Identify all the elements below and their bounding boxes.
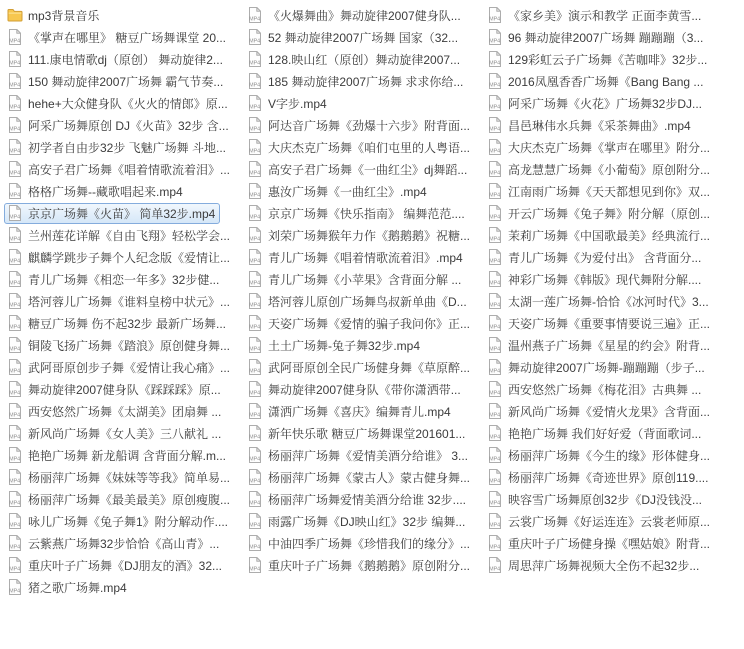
svg-text:MP4: MP4 <box>9 347 20 353</box>
item-content: MP4西安悠然广场舞《太湖美》团扇舞 ... <box>4 401 226 422</box>
mp4-file-icon: MP4 <box>487 249 503 265</box>
svg-text:MP4: MP4 <box>249 61 260 67</box>
item-content: MP4青儿广场舞《相恋一年多》32步健... <box>4 269 224 290</box>
mp4-file-icon: MP4 <box>487 205 503 221</box>
file-name: 西安悠然广场舞《太湖美》团扇舞 ... <box>28 403 221 420</box>
file-item[interactable]: MP4舞动旋律2007健身队《踩踩踩》原... <box>4 378 244 400</box>
svg-text:MP4: MP4 <box>249 347 260 353</box>
mp4-file-icon: MP4 <box>247 381 263 397</box>
svg-text:MP4: MP4 <box>249 39 260 45</box>
file-name: 杨丽萍广场舞《奇迹世界》原创119.... <box>508 469 708 486</box>
file-name: 雨露广场舞《DJ映山红》32步 编舞... <box>268 513 465 530</box>
svg-text:MP4: MP4 <box>9 171 20 177</box>
mp4-file-icon: MP4 <box>7 205 23 221</box>
file-item[interactable]: MP4阿采广场舞《火花》广场舞32步DJ... <box>484 92 724 114</box>
item-content: MP4雨露广场舞《DJ映山红》32步 编舞... <box>244 511 470 532</box>
file-name: 111.康电情歌dj（原创） 舞动旋律2... <box>28 51 223 68</box>
file-name: 杨丽萍广场舞《妹妹等等我》简单易... <box>28 469 230 486</box>
file-name: 阿达音广场舞《劲爆十六步》附背面... <box>268 117 470 134</box>
mp4-file-icon: MP4 <box>487 469 503 485</box>
item-content: MP4周思萍广场舞视频大全伤不起32步... <box>484 555 704 576</box>
item-content: MP4重庆叶子广场健身操《嘿姑娘》附背... <box>484 533 715 554</box>
mp4-file-icon: MP4 <box>7 183 23 199</box>
mp4-file-icon: MP4 <box>7 73 23 89</box>
file-item[interactable]: MP4新年快乐歌 糖豆广场舞课堂201601... <box>244 422 484 444</box>
mp4-file-icon: MP4 <box>7 359 23 375</box>
item-content: MP4青儿广场舞《唱着情歌流着泪》.mp4 <box>244 247 468 268</box>
file-item[interactable]: MP4阿达音广场舞《劲爆十六步》附背面... <box>244 114 484 136</box>
file-item[interactable]: MP4西安悠然广场舞《太湖美》团扇舞 ... <box>4 400 244 422</box>
file-name: 重庆叶子广场舞《DJ朋友的酒》32... <box>28 557 222 574</box>
svg-text:MP4: MP4 <box>489 325 500 331</box>
file-item[interactable]: MP4艳艳广场舞 我们好好爱（背面歌词... <box>484 422 724 444</box>
file-item[interactable]: MP42016凤凰香香广场舞《Bang Bang ... <box>484 70 724 92</box>
file-name: 52 舞动旋律2007广场舞 国家（32... <box>268 29 458 46</box>
file-name: 128.映山红（原创）舞动旋律2007... <box>268 51 460 68</box>
folder-item[interactable]: mp3背景音乐 <box>4 4 244 26</box>
file-item[interactable]: MP4武阿哥原创全民广场健身舞《草原醉... <box>244 356 484 378</box>
file-name: hehe+大众健身队《火火的情郎》原... <box>28 95 228 112</box>
svg-text:MP4: MP4 <box>489 105 500 111</box>
file-item[interactable]: MP4云紫燕广场舞32步恰恰《高山青》... <box>4 532 244 554</box>
file-item[interactable]: MP4新风尚广场舞《爱情火龙果》含背面... <box>484 400 724 422</box>
file-item[interactable]: MP4太湖一莲广场舞-恰恰《冰河时代》3... <box>484 290 724 312</box>
mp4-file-icon: MP4 <box>7 535 23 551</box>
svg-text:MP4: MP4 <box>9 105 20 111</box>
item-content: MP496 舞动旋律2007广场舞 蹦蹦蹦（3... <box>484 27 708 48</box>
file-item[interactable]: MP4杨丽萍广场舞《最美最美》原创瘦腹... <box>4 488 244 510</box>
file-item[interactable]: MP4天姿广场舞《重要事情要说三遍》正... <box>484 312 724 334</box>
item-content: MP4云裳广场舞《好运连连》云裳老师原... <box>484 511 715 532</box>
svg-text:MP4: MP4 <box>9 369 20 375</box>
file-item[interactable]: MP4铜陵飞扬广场舞《踏浪》原创健身舞... <box>4 334 244 356</box>
item-content: MP4高安子君广场舞《一曲红尘》dj舞蹈... <box>244 159 472 180</box>
file-item[interactable]: MP4塔河蓉儿广场舞《谁料皇榜中状元》... <box>4 290 244 312</box>
mp4-file-icon: MP4 <box>487 139 503 155</box>
item-content: MP4塔河蓉儿原创广场舞鸟叔新单曲《D... <box>244 291 472 312</box>
mp4-file-icon: MP4 <box>247 227 263 243</box>
file-item[interactable]: MP4初学者自由步32步 飞魅广场舞 斗地... <box>4 136 244 158</box>
file-name: 茉莉广场舞《中国歌最美》经典流行... <box>508 227 710 244</box>
mp4-file-icon: MP4 <box>247 491 263 507</box>
item-content: MP4西安悠然广场舞《梅花泪》古典舞 ... <box>484 379 706 400</box>
file-item[interactable]: MP452 舞动旋律2007广场舞 国家（32... <box>244 26 484 48</box>
item-content: MP4江南雨广场舞《天天都想见到你》双... <box>484 181 715 202</box>
mp4-file-icon: MP4 <box>247 315 263 331</box>
mp4-file-icon: MP4 <box>487 227 503 243</box>
item-content: MP4阿采广场舞《火花》广场舞32步DJ... <box>484 93 707 114</box>
svg-text:MP4: MP4 <box>489 171 500 177</box>
file-item[interactable]: MP4天姿广场舞《爱情的骗子我问你》正... <box>244 312 484 334</box>
svg-text:MP4: MP4 <box>489 149 500 155</box>
mp4-file-icon: MP4 <box>247 7 263 23</box>
file-name: 杨丽萍广场舞《今生的缘》形体健身... <box>508 447 710 464</box>
mp4-file-icon: MP4 <box>247 535 263 551</box>
mp4-file-icon: MP4 <box>247 403 263 419</box>
svg-text:MP4: MP4 <box>249 523 260 529</box>
file-name: 杨丽萍广场舞《蒙古人》蒙古健身舞... <box>268 469 470 486</box>
file-item[interactable]: MP4云裳广场舞《好运连连》云裳老师原... <box>484 510 724 532</box>
file-item[interactable]: MP4高安子君广场舞《一曲红尘》dj舞蹈... <box>244 158 484 180</box>
mp4-file-icon: MP4 <box>487 95 503 111</box>
file-item[interactable]: MP4塔河蓉儿原创广场舞鸟叔新单曲《D... <box>244 290 484 312</box>
mp4-file-icon: MP4 <box>487 7 503 23</box>
svg-text:MP4: MP4 <box>9 259 20 265</box>
file-item[interactable]: MP4阿采广场舞原创 DJ《火苗》32步 含... <box>4 114 244 136</box>
file-name: 艳艳广场舞 新龙船调 含背面分解.m... <box>28 447 226 464</box>
svg-text:MP4: MP4 <box>249 171 260 177</box>
file-item[interactable]: MP4大庆杰克广场舞《咱们屯里的人粤语... <box>244 136 484 158</box>
mp4-file-icon: MP4 <box>7 381 23 397</box>
item-content: MP4惠汝广场舞《一曲红尘》.mp4 <box>244 181 432 202</box>
file-item[interactable]: MP4重庆叶子广场健身操《嘿姑娘》附背... <box>484 532 724 554</box>
svg-text:MP4: MP4 <box>489 39 500 45</box>
file-item[interactable]: MP4江南雨广场舞《天天都想见到你》双... <box>484 180 724 202</box>
file-item[interactable]: MP4神彩广场舞《韩版》现代舞附分解.... <box>484 268 724 290</box>
file-name: 舞动旋律2007广场舞-蹦蹦蹦（步子... <box>508 359 705 376</box>
svg-text:MP4: MP4 <box>9 127 20 133</box>
file-name: 阿采广场舞原创 DJ《火苗》32步 含... <box>28 117 229 134</box>
file-item[interactable]: MP4映容雪广场舞原创32步《DJ没钱没... <box>484 488 724 510</box>
file-name: 兰州莲花详解《自由飞翔》轻松学会... <box>28 227 230 244</box>
svg-text:MP4: MP4 <box>489 347 500 353</box>
folder-icon <box>7 7 23 23</box>
file-item[interactable]: MP4麒麟学跳步子舞个人纪念版《爱情让... <box>4 246 244 268</box>
file-name: 神彩广场舞《韩版》现代舞附分解.... <box>508 271 701 288</box>
file-item[interactable]: MP4雨露广场舞《DJ映山红》32步 编舞... <box>244 510 484 532</box>
item-content: MP4天姿广场舞《爱情的骗子我问你》正... <box>244 313 475 334</box>
mp4-file-icon: MP4 <box>247 557 263 573</box>
item-content: MP4格格广场舞--藏歌唱起来.mp4 <box>4 181 188 202</box>
item-content: MP4高安子君广场舞《唱着情歌流着泪》... <box>4 159 235 180</box>
file-item[interactable]: MP4格格广场舞--藏歌唱起来.mp4 <box>4 180 244 202</box>
mp4-file-icon: MP4 <box>7 557 23 573</box>
mp4-file-icon: MP4 <box>7 51 23 67</box>
item-content: MP4阿达音广场舞《劲爆十六步》附背面... <box>244 115 475 136</box>
file-item[interactable]: MP4青儿广场舞《唱着情歌流着泪》.mp4 <box>244 246 484 268</box>
file-name: 舞动旋律2007健身队《带你潇洒带... <box>268 381 461 398</box>
mp4-file-icon: MP4 <box>7 161 23 177</box>
file-item[interactable]: MP4青儿广场舞《相恋一年多》32步健... <box>4 268 244 290</box>
file-item[interactable]: MP4刘荣广场舞猴年力作《鹅鹅鹅》祝糖... <box>244 224 484 246</box>
item-content: MP4开云广场舞《兔子舞》附分解（原创... <box>484 203 715 224</box>
file-name: 杨丽萍广场舞《最美最美》原创瘦腹... <box>28 491 230 508</box>
svg-text:MP4: MP4 <box>489 523 500 529</box>
file-item[interactable]: MP4高龙慧慧广场舞《小葡萄》原创附分... <box>484 158 724 180</box>
file-item[interactable]: MP4杨丽萍广场舞《爱情美酒分给谁》 3... <box>244 444 484 466</box>
item-content: MP4刘荣广场舞猴年力作《鹅鹅鹅》祝糖... <box>244 225 475 246</box>
file-item[interactable]: MP4杨丽萍广场舞《蒙古人》蒙古健身舞... <box>244 466 484 488</box>
svg-text:MP4: MP4 <box>9 215 20 221</box>
file-name: 《火爆舞曲》舞动旋律2007健身队... <box>268 7 461 24</box>
svg-text:MP4: MP4 <box>249 127 260 133</box>
item-content: MP4杨丽萍广场舞《蒙古人》蒙古健身舞... <box>244 467 475 488</box>
file-item[interactable]: MP4重庆叶子广场舞《鹅鹅鹅》原创附分... <box>244 554 484 576</box>
file-name: 新年快乐歌 糖豆广场舞课堂201601... <box>268 425 465 442</box>
file-item[interactable]: MP4咏儿广场舞《兔子舞1》附分解动作.... <box>4 510 244 532</box>
file-item[interactable]: MP4杨丽萍广场舞爱情美酒分给谁 32步.... <box>244 488 484 510</box>
file-name: 西安悠然广场舞《梅花泪》古典舞 ... <box>508 381 701 398</box>
file-name: 云紫燕广场舞32步恰恰《高山青》... <box>28 535 219 552</box>
item-content: MP4武阿哥原创步子舞《爱情让我心痛》... <box>4 357 235 378</box>
file-name: 周思萍广场舞视频大全伤不起32步... <box>508 557 699 574</box>
mp4-file-icon: MP4 <box>7 293 23 309</box>
item-content: MP4新风尚广场舞《女人美》三八献礼 ... <box>4 423 226 444</box>
file-name: 太湖一莲广场舞-恰恰《冰河时代》3... <box>508 293 709 310</box>
item-content: MP4V字步.mp4 <box>244 93 332 114</box>
mp4-file-icon: MP4 <box>487 29 503 45</box>
svg-text:MP4: MP4 <box>489 545 500 551</box>
svg-text:MP4: MP4 <box>489 567 500 573</box>
file-item[interactable]: MP4猪之歌广场舞.mp4 <box>4 576 244 598</box>
item-content: MP4111.康电情歌dj（原创） 舞动旋律2... <box>4 49 228 70</box>
item-content: MP452 舞动旋律2007广场舞 国家（32... <box>244 27 463 48</box>
item-content: MP4重庆叶子广场舞《鹅鹅鹅》原创附分... <box>244 555 475 576</box>
file-item[interactable]: MP4舞动旋律2007健身队《带你潇洒带... <box>244 378 484 400</box>
item-content: MP4太湖一莲广场舞-恰恰《冰河时代》3... <box>484 291 714 312</box>
svg-text:MP4: MP4 <box>249 83 260 89</box>
file-column-2: MP4《火爆舞曲》舞动旋律2007健身队...MP452 舞动旋律2007广场舞… <box>244 4 484 576</box>
file-name: 土土广场舞-兔子舞32步.mp4 <box>268 337 420 354</box>
item-content: MP4大庆杰克广场舞《咱们屯里的人粤语... <box>244 137 475 158</box>
file-name: 新风尚广场舞《爱情火龙果》含背面... <box>508 403 710 420</box>
svg-text:MP4: MP4 <box>489 83 500 89</box>
item-content: MP4映容雪广场舞原创32步《DJ没钱没... <box>484 489 707 510</box>
file-name: 重庆叶子广场健身操《嘿姑娘》附背... <box>508 535 710 552</box>
selection-highlight: MP4京京广场舞《火苗》 简单32步.mp4 <box>4 203 220 224</box>
file-item[interactable]: MP4糖豆广场舞 伤不起32步 最新广场舞... <box>4 312 244 334</box>
mp4-file-icon: MP4 <box>487 51 503 67</box>
item-content: MP4铜陵飞扬广场舞《踏浪》原创健身舞... <box>4 335 235 356</box>
file-name: 云裳广场舞《好运连连》云裳老师原... <box>508 513 710 530</box>
svg-text:MP4: MP4 <box>489 457 500 463</box>
file-item[interactable]: MP4舞动旋律2007广场舞-蹦蹦蹦（步子... <box>484 356 724 378</box>
item-content: MP4神彩广场舞《韩版》现代舞附分解.... <box>484 269 706 290</box>
svg-text:MP4: MP4 <box>9 545 20 551</box>
file-name: 潇洒广场舞《喜庆》编舞青儿.mp4 <box>268 403 451 420</box>
item-content: MP4高龙慧慧广场舞《小葡萄》原创附分... <box>484 159 715 180</box>
mp4-file-icon: MP4 <box>247 447 263 463</box>
file-item[interactable]: MP4武阿哥原创步子舞《爱情让我心痛》... <box>4 356 244 378</box>
mp4-file-icon: MP4 <box>487 425 503 441</box>
file-item[interactable]: MP4青儿广场舞《为爱付出》 含背面分... <box>484 246 724 268</box>
file-name: 青儿广场舞《为爱付出》 含背面分... <box>508 249 701 266</box>
file-name: 塔河蓉儿广场舞《谁料皇榜中状元》... <box>28 293 230 310</box>
mp4-file-icon: MP4 <box>247 51 263 67</box>
file-name: 天姿广场舞《爱情的骗子我问你》正... <box>268 315 470 332</box>
file-name: 惠汝广场舞《一曲红尘》.mp4 <box>268 183 427 200</box>
mp4-file-icon: MP4 <box>7 29 23 45</box>
svg-text:MP4: MP4 <box>9 281 20 287</box>
mp4-file-icon: MP4 <box>247 205 263 221</box>
svg-text:MP4: MP4 <box>489 61 500 67</box>
file-item[interactable]: MP4高安子君广场舞《唱着情歌流着泪》... <box>4 158 244 180</box>
mp4-file-icon: MP4 <box>7 315 23 331</box>
item-content: MP4温州燕子广场舞《星星的约会》附背... <box>484 335 715 356</box>
file-item[interactable]: MP4新风尚广场舞《女人美》三八献礼 ... <box>4 422 244 444</box>
mp4-file-icon: MP4 <box>487 293 503 309</box>
svg-text:MP4: MP4 <box>489 479 500 485</box>
svg-text:MP4: MP4 <box>249 17 260 23</box>
file-name: 开云广场舞《兔子舞》附分解（原创... <box>508 205 710 222</box>
file-item[interactable]: MP4中油四季广场舞《珍惜我们的缘分》... <box>244 532 484 554</box>
file-item[interactable]: MP4杨丽萍广场舞《今生的缘》形体健身... <box>484 444 724 466</box>
file-item[interactable]: MP4京京广场舞《快乐指南》 编舞范范.... <box>244 202 484 224</box>
file-item[interactable]: MP4129彩虹云子广场舞《苦咖啡》32步... <box>484 48 724 70</box>
mp4-file-icon: MP4 <box>7 403 23 419</box>
file-item[interactable]: MP4兰州莲花详解《自由飞翔》轻松学会... <box>4 224 244 246</box>
item-content: MP4杨丽萍广场舞《妹妹等等我》简单易... <box>4 467 235 488</box>
file-item[interactable]: MP496 舞动旋律2007广场舞 蹦蹦蹦（3... <box>484 26 724 48</box>
svg-text:MP4: MP4 <box>489 17 500 23</box>
svg-text:MP4: MP4 <box>489 369 500 375</box>
file-item[interactable]: MP4艳艳广场舞 新龙船调 含背面分解.m... <box>4 444 244 466</box>
mp4-file-icon: MP4 <box>247 73 263 89</box>
file-name: 刘荣广场舞猴年力作《鹅鹅鹅》祝糖... <box>268 227 470 244</box>
mp4-file-icon: MP4 <box>487 183 503 199</box>
item-content: MP4初学者自由步32步 飞魅广场舞 斗地... <box>4 137 231 158</box>
file-name: 青儿广场舞《唱着情歌流着泪》.mp4 <box>268 249 463 266</box>
mp4-file-icon: MP4 <box>487 315 503 331</box>
svg-text:MP4: MP4 <box>249 281 260 287</box>
item-content: MP42016凤凰香香广场舞《Bang Bang ... <box>484 71 708 92</box>
file-item[interactable]: MP4西安悠然广场舞《梅花泪》古典舞 ... <box>484 378 724 400</box>
file-name: 武阿哥原创步子舞《爱情让我心痛》... <box>28 359 230 376</box>
file-name: 青儿广场舞《相恋一年多》32步健... <box>28 271 219 288</box>
item-content: MP4青儿广场舞《为爱付出》 含背面分... <box>484 247 706 268</box>
svg-text:MP4: MP4 <box>249 567 260 573</box>
svg-text:MP4: MP4 <box>249 237 260 243</box>
file-name: 格格广场舞--藏歌唱起来.mp4 <box>28 183 183 200</box>
file-name: 阿采广场舞《火花》广场舞32步DJ... <box>508 95 702 112</box>
file-name: 映容雪广场舞原创32步《DJ没钱没... <box>508 491 702 508</box>
svg-text:MP4: MP4 <box>9 567 20 573</box>
mp4-file-icon: MP4 <box>7 227 23 243</box>
file-item[interactable]: MP4昌邑琳伟水兵舞《采茶舞曲》.mp4 <box>484 114 724 136</box>
file-item[interactable]: MP4杨丽萍广场舞《妹妹等等我》简单易... <box>4 466 244 488</box>
file-item[interactable]: MP4150 舞动旋律2007广场舞 霸气节奏... <box>4 70 244 92</box>
file-item[interactable]: MP4《火爆舞曲》舞动旋律2007健身队... <box>244 4 484 26</box>
file-name: 杨丽萍广场舞爱情美酒分给谁 32步.... <box>268 491 466 508</box>
file-item[interactable]: MP4重庆叶子广场舞《DJ朋友的酒》32... <box>4 554 244 576</box>
item-content: MP4《火爆舞曲》舞动旋律2007健身队... <box>244 5 466 26</box>
file-item[interactable]: MP4京京广场舞《火苗》 简单32步.mp4 <box>4 202 244 224</box>
mp4-file-icon: MP4 <box>7 447 23 463</box>
file-name: 昌邑琳伟水兵舞《采茶舞曲》.mp4 <box>508 117 691 134</box>
mp4-file-icon: MP4 <box>7 139 23 155</box>
file-name: 麒麟学跳步子舞个人纪念版《爱情让... <box>28 249 230 266</box>
file-name: 艳艳广场舞 我们好好爱（背面歌词... <box>508 425 701 442</box>
file-item[interactable]: MP4茉莉广场舞《中国歌最美》经典流行... <box>484 224 724 246</box>
svg-text:MP4: MP4 <box>249 325 260 331</box>
file-item[interactable]: MP4《掌声在哪里》 糖豆广场舞课堂 20... <box>4 26 244 48</box>
item-content: MP4新风尚广场舞《爱情火龙果》含背面... <box>484 401 715 422</box>
file-item[interactable]: MP4111.康电情歌dj（原创） 舞动旋律2... <box>4 48 244 70</box>
file-item[interactable]: MP4惠汝广场舞《一曲红尘》.mp4 <box>244 180 484 202</box>
item-content: MP4重庆叶子广场舞《DJ朋友的酒》32... <box>4 555 227 576</box>
svg-text:MP4: MP4 <box>9 457 20 463</box>
item-content: MP4大庆杰克广场舞《掌声在哪里》附分... <box>484 137 715 158</box>
file-item[interactable]: MP4《家乡美》演示和教学 正面李黄雪... <box>484 4 724 26</box>
file-name: 京京广场舞《快乐指南》 编舞范范.... <box>268 205 465 222</box>
svg-text:MP4: MP4 <box>9 435 20 441</box>
file-item[interactable]: MP4土土广场舞-兔子舞32步.mp4 <box>244 334 484 356</box>
file-item[interactable]: MP4hehe+大众健身队《火火的情郎》原... <box>4 92 244 114</box>
file-name: 《掌声在哪里》 糖豆广场舞课堂 20... <box>28 29 226 46</box>
mp4-file-icon: MP4 <box>487 73 503 89</box>
file-name: 高安子君广场舞《一曲红尘》dj舞蹈... <box>268 161 467 178</box>
mp4-file-icon: MP4 <box>487 447 503 463</box>
svg-text:MP4: MP4 <box>249 369 260 375</box>
file-column-3: MP4《家乡美》演示和教学 正面李黄雪...MP496 舞动旋律2007广场舞 … <box>484 4 724 576</box>
file-item[interactable]: MP4潇洒广场舞《喜庆》编舞青儿.mp4 <box>244 400 484 422</box>
file-name: 中油四季广场舞《珍惜我们的缘分》... <box>268 535 470 552</box>
mp4-file-icon: MP4 <box>247 117 263 133</box>
svg-text:MP4: MP4 <box>9 501 20 507</box>
file-item[interactable]: MP4大庆杰克广场舞《掌声在哪里》附分... <box>484 136 724 158</box>
mp4-file-icon: MP4 <box>487 271 503 287</box>
mp4-file-icon: MP4 <box>7 469 23 485</box>
svg-text:MP4: MP4 <box>9 413 20 419</box>
mp4-file-icon: MP4 <box>247 29 263 45</box>
item-content: MP4昌邑琳伟水兵舞《采茶舞曲》.mp4 <box>484 115 696 136</box>
item-content: MP4hehe+大众健身队《火火的情郎》原... <box>4 93 233 114</box>
file-item[interactable]: MP4周思萍广场舞视频大全伤不起32步... <box>484 554 724 576</box>
file-item[interactable]: MP4185 舞动旋律2007广场舞 求求你给... <box>244 70 484 92</box>
folder-name: mp3背景音乐 <box>28 7 99 24</box>
mp4-file-icon: MP4 <box>247 469 263 485</box>
item-content: MP4茉莉广场舞《中国歌最美》经典流行... <box>484 225 715 246</box>
item-content: MP4京京广场舞《快乐指南》 编舞范范.... <box>244 203 470 224</box>
svg-text:MP4: MP4 <box>249 435 260 441</box>
svg-text:MP4: MP4 <box>249 259 260 265</box>
file-name: 重庆叶子广场舞《鹅鹅鹅》原创附分... <box>268 557 470 574</box>
svg-text:MP4: MP4 <box>249 193 260 199</box>
file-name: 2016凤凰香香广场舞《Bang Bang ... <box>508 73 703 90</box>
svg-text:MP4: MP4 <box>249 413 260 419</box>
file-item[interactable]: MP4青儿广场舞《小苹果》含背面分解 ... <box>244 268 484 290</box>
file-name: 高龙慧慧广场舞《小葡萄》原创附分... <box>508 161 710 178</box>
svg-text:MP4: MP4 <box>9 83 20 89</box>
file-item[interactable]: MP4杨丽萍广场舞《奇迹世界》原创119.... <box>484 466 724 488</box>
file-name: 青儿广场舞《小苹果》含背面分解 ... <box>268 271 461 288</box>
svg-text:MP4: MP4 <box>489 435 500 441</box>
item-content: MP4兰州莲花详解《自由飞翔》轻松学会... <box>4 225 235 246</box>
mp4-file-icon: MP4 <box>7 337 23 353</box>
svg-text:MP4: MP4 <box>9 39 20 45</box>
mp4-file-icon: MP4 <box>7 271 23 287</box>
mp4-file-icon: MP4 <box>7 95 23 111</box>
item-content: MP4杨丽萍广场舞爱情美酒分给谁 32步.... <box>244 489 471 510</box>
file-name: V字步.mp4 <box>268 95 327 112</box>
item-content: MP4杨丽萍广场舞《今生的缘》形体健身... <box>484 445 715 466</box>
file-name: 150 舞动旋律2007广场舞 霸气节奏... <box>28 73 223 90</box>
svg-text:MP4: MP4 <box>9 391 20 397</box>
file-item[interactable]: MP4温州燕子广场舞《星星的约会》附背... <box>484 334 724 356</box>
mp4-file-icon: MP4 <box>247 183 263 199</box>
mp4-file-icon: MP4 <box>7 491 23 507</box>
file-item[interactable]: MP4128.映山红（原创）舞动旋律2007... <box>244 48 484 70</box>
mp4-file-icon: MP4 <box>487 161 503 177</box>
svg-text:MP4: MP4 <box>9 479 20 485</box>
item-content: MP4艳艳广场舞 我们好好爱（背面歌词... <box>484 423 706 444</box>
mp4-file-icon: MP4 <box>247 249 263 265</box>
file-item[interactable]: MP4V字步.mp4 <box>244 92 484 114</box>
file-item[interactable]: MP4开云广场舞《兔子舞》附分解（原创... <box>484 202 724 224</box>
item-content: MP4《掌声在哪里》 糖豆广场舞课堂 20... <box>4 27 231 48</box>
svg-text:MP4: MP4 <box>249 215 260 221</box>
item-content: MP4杨丽萍广场舞《奇迹世界》原创119.... <box>484 467 713 488</box>
